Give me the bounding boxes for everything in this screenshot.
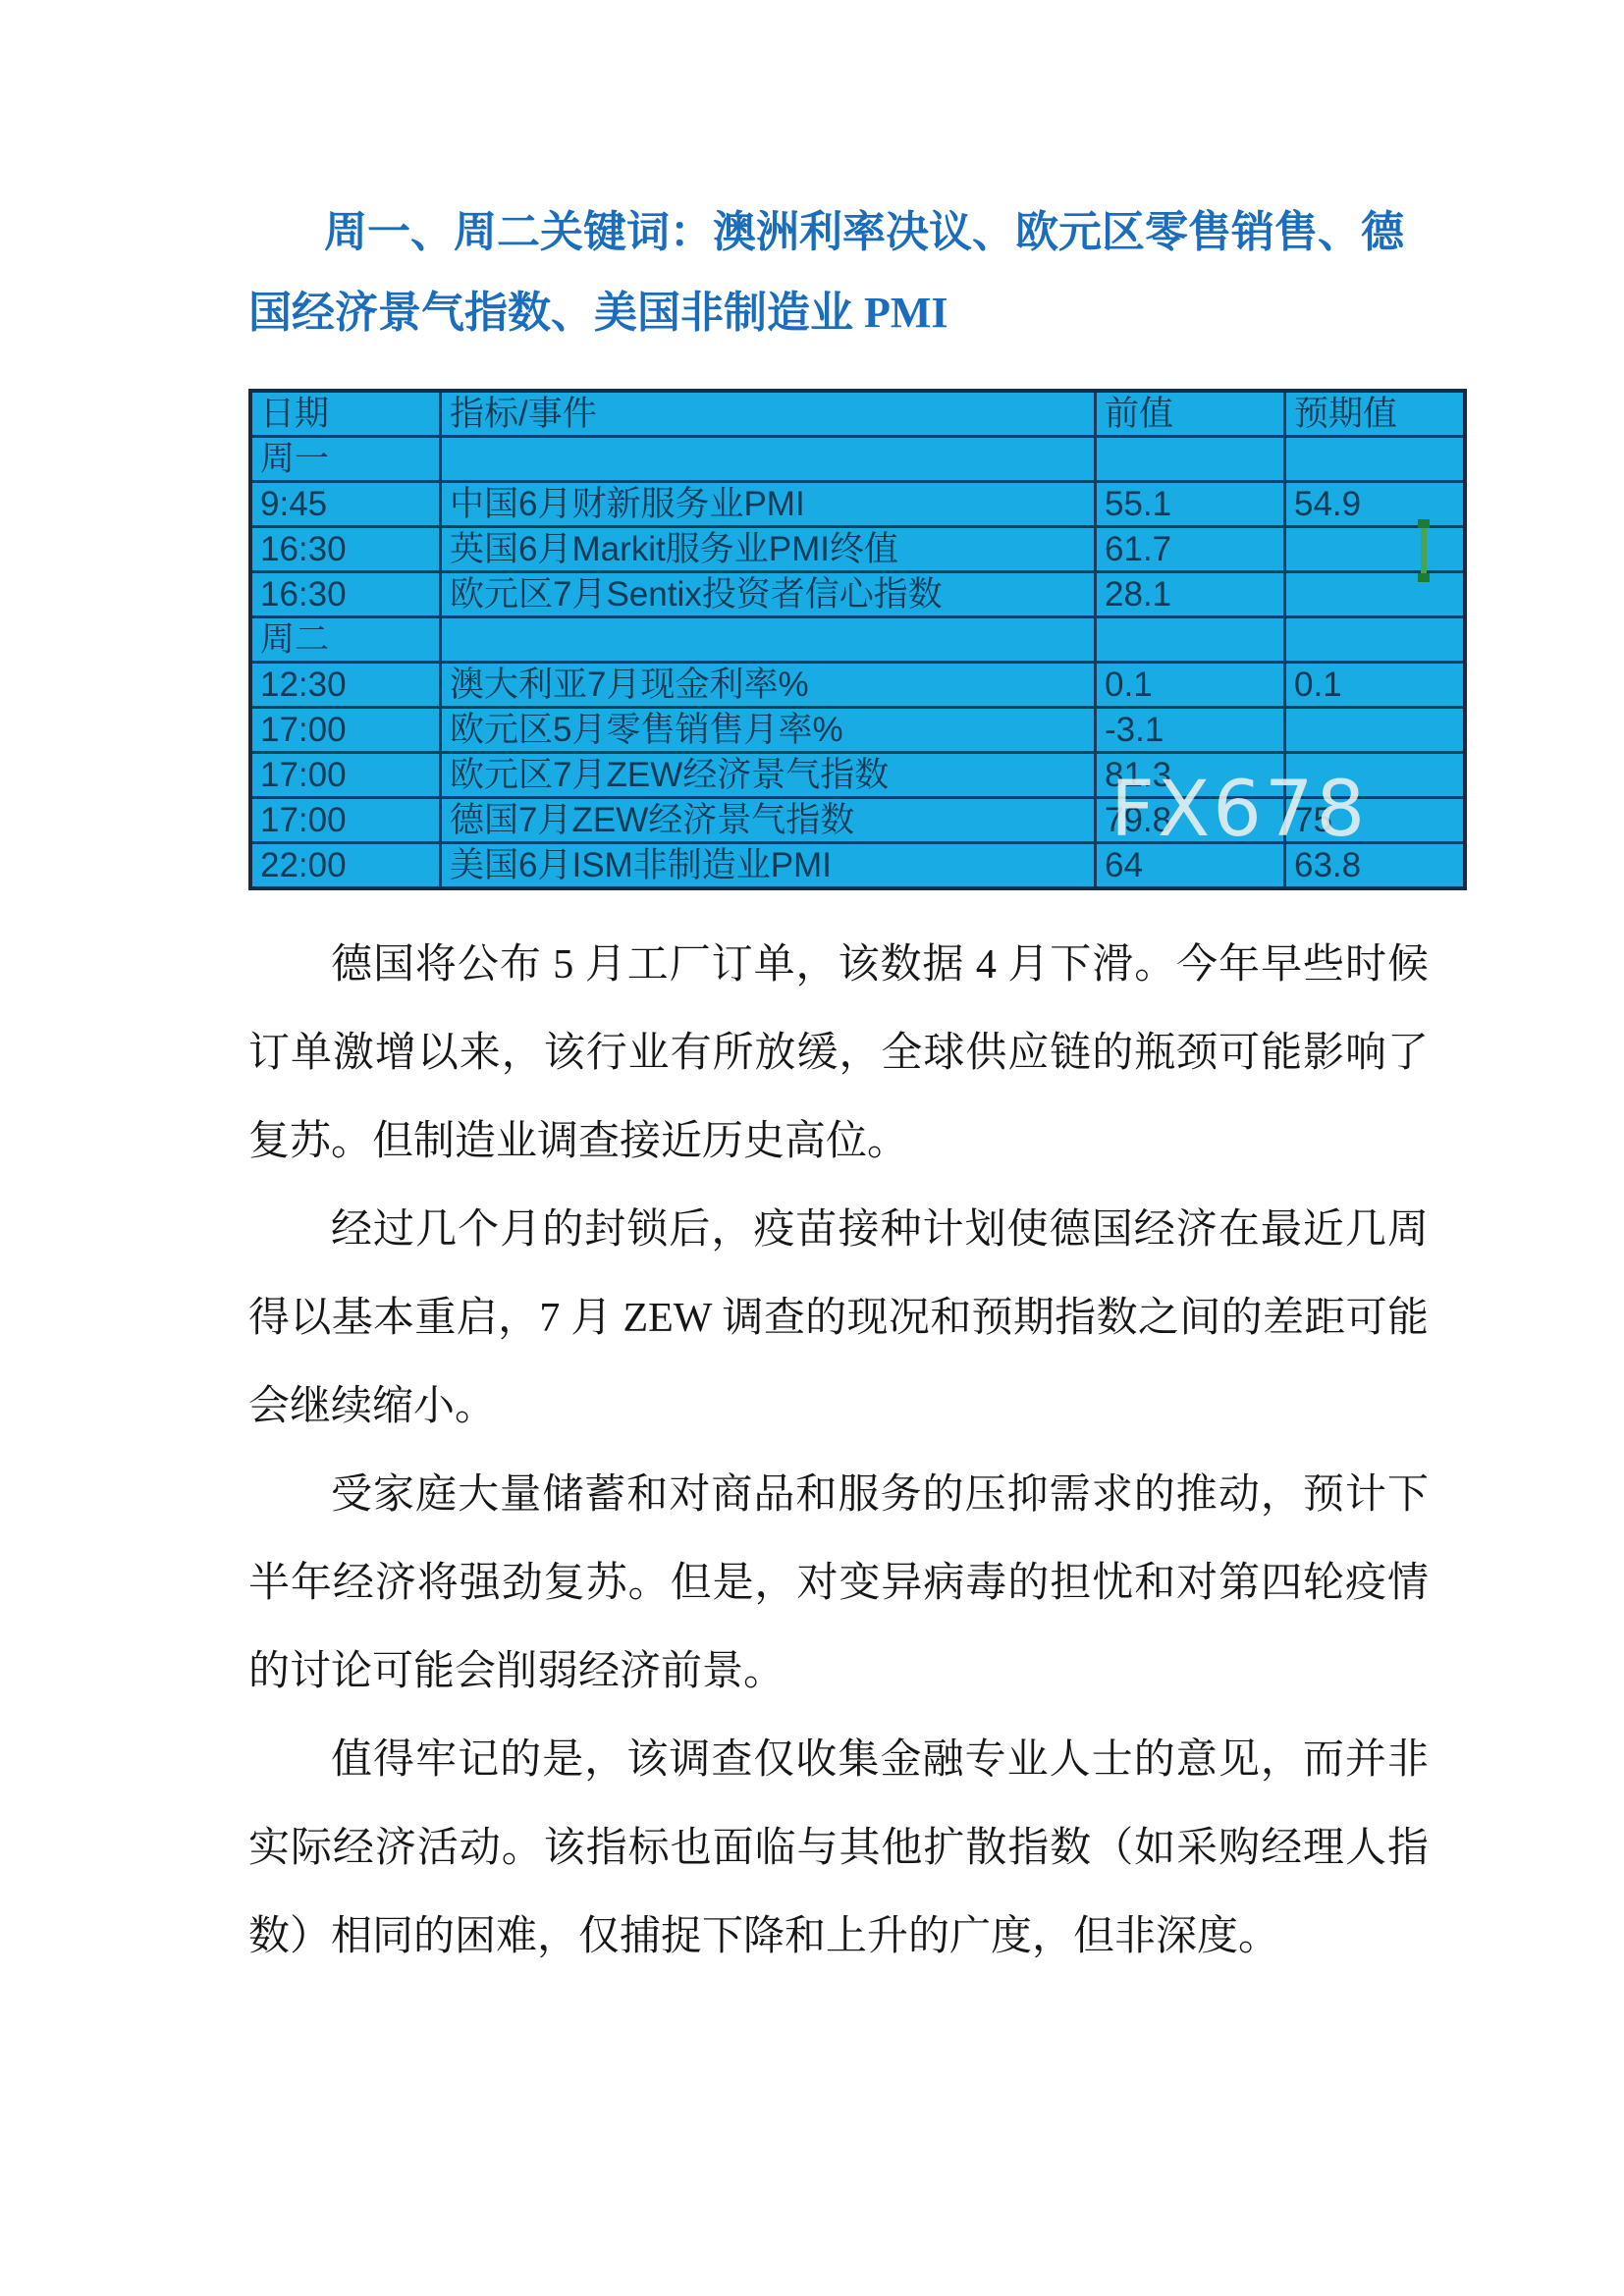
- selection-handle-bottom: [1418, 573, 1430, 582]
- calendar-cell-event: 德国7月ZEW经济景气指数: [441, 798, 1096, 843]
- calendar-cell-date: 17:00: [250, 708, 441, 753]
- calendar-cell-exp: 63.8: [1285, 843, 1466, 889]
- calendar-cell-prev: 79.8: [1096, 798, 1285, 843]
- calendar-header-row: 日期指标/事件前值预期值: [250, 391, 1465, 437]
- calendar-cell-date: 9:45: [250, 482, 441, 527]
- calendar-event-row: 12:30澳大利亚7月现金利率%0.10.1: [250, 663, 1465, 708]
- article-paragraph: 值得牢记的是，该调查仅收集金融专业人士的意见，而并非实际经济活动。该指标也面临与…: [248, 1716, 1429, 1981]
- calendar-cell-date: 17:00: [250, 798, 441, 843]
- calendar-cell-event: 中国6月财新服务业PMI: [441, 482, 1096, 527]
- article-body: 德国将公布 5 月工厂订单，该数据 4 月下滑。今年早些时候订单激增以来，该行业…: [248, 921, 1429, 1981]
- calendar-cell-prev: [1096, 617, 1285, 663]
- economic-calendar: 日期指标/事件前值预期值周一9:45中国6月财新服务业PMI55.154.916…: [248, 389, 1427, 890]
- calendar-cell-exp: [1285, 617, 1466, 663]
- selection-handle-top: [1418, 519, 1430, 528]
- calendar-cell-prev: 55.1: [1096, 482, 1285, 527]
- calendar-cell-event: 欧元区7月Sentix投资者信心指数: [441, 572, 1096, 617]
- article-paragraph: 德国将公布 5 月工厂订单，该数据 4 月下滑。今年早些时候订单激增以来，该行业…: [248, 921, 1429, 1186]
- calendar-cell-prev: -3.1: [1096, 708, 1285, 753]
- calendar-column-header: 预期值: [1285, 391, 1466, 437]
- calendar-cell-date: 周二: [250, 617, 441, 663]
- calendar-cell-exp: [1285, 753, 1466, 798]
- document-page: 周一、周二关键词：澳洲利率决议、欧元区零售销售、德国经济景气指数、美国非制造业 …: [0, 0, 1624, 2296]
- article-heading: 周一、周二关键词：澳洲利率决议、欧元区零售销售、德国经济景气指数、美国非制造业 …: [248, 192, 1412, 353]
- calendar-cell-prev: 81.3: [1096, 753, 1285, 798]
- calendar-cell-event: 澳大利亚7月现金利率%: [441, 663, 1096, 708]
- calendar-cell-prev: 64: [1096, 843, 1285, 889]
- calendar-cell-event: [441, 437, 1096, 482]
- calendar-cell-date: 16:30: [250, 572, 441, 617]
- calendar-cell-date: 17:00: [250, 753, 441, 798]
- calendar-event-row: 16:30英国6月Markit服务业PMI终值61.7: [250, 527, 1465, 572]
- calendar-cell-date: 12:30: [250, 663, 441, 708]
- calendar-cell-event: 欧元区7月ZEW经济景气指数: [441, 753, 1096, 798]
- calendar-cell-exp: [1285, 437, 1466, 482]
- economic-calendar-table: 日期指标/事件前值预期值周一9:45中国6月财新服务业PMI55.154.916…: [248, 389, 1467, 890]
- calendar-cell-exp: 0.1: [1285, 663, 1466, 708]
- calendar-cell-event: 美国6月ISM非制造业PMI: [441, 843, 1096, 889]
- article-paragraph: 经过几个月的封锁后，疫苗接种计划使德国经济在最近几周得以基本重启，7 月 ZEW…: [248, 1186, 1429, 1451]
- calendar-column-header: 指标/事件: [441, 391, 1096, 437]
- calendar-event-row: 17:00欧元区5月零售销售月率%-3.1: [250, 708, 1465, 753]
- calendar-cell-exp: [1285, 527, 1466, 572]
- calendar-cell-exp: [1285, 708, 1466, 753]
- calendar-cell-prev: [1096, 437, 1285, 482]
- calendar-event-row: 17:00欧元区7月ZEW经济景气指数81.3: [250, 753, 1465, 798]
- calendar-cell-prev: 61.7: [1096, 527, 1285, 572]
- calendar-cell-date: 22:00: [250, 843, 441, 889]
- selection-highlight: [1421, 526, 1427, 575]
- calendar-event-row: 9:45中国6月财新服务业PMI55.154.9: [250, 482, 1465, 527]
- calendar-cell-event: [441, 617, 1096, 663]
- calendar-day-row: 周二: [250, 617, 1465, 663]
- calendar-cell-date: 16:30: [250, 527, 441, 572]
- calendar-cell-exp: [1285, 572, 1466, 617]
- calendar-cell-prev: 28.1: [1096, 572, 1285, 617]
- calendar-event-row: 17:00德国7月ZEW经济景气指数79.875: [250, 798, 1465, 843]
- calendar-column-header: 日期: [250, 391, 441, 437]
- calendar-day-row: 周一: [250, 437, 1465, 482]
- calendar-cell-event: 英国6月Markit服务业PMI终值: [441, 527, 1096, 572]
- calendar-event-row: 22:00美国6月ISM非制造业PMI6463.8: [250, 843, 1465, 889]
- calendar-event-row: 16:30欧元区7月Sentix投资者信心指数28.1: [250, 572, 1465, 617]
- calendar-cell-event: 欧元区5月零售销售月率%: [441, 708, 1096, 753]
- calendar-cell-exp: 54.9: [1285, 482, 1466, 527]
- calendar-cell-exp: 75: [1285, 798, 1466, 843]
- calendar-column-header: 前值: [1096, 391, 1285, 437]
- calendar-cell-date: 周一: [250, 437, 441, 482]
- calendar-cell-prev: 0.1: [1096, 663, 1285, 708]
- article-paragraph: 受家庭大量储蓄和对商品和服务的压抑需求的推动，预计下半年经济将强劲复苏。但是，对…: [248, 1451, 1429, 1716]
